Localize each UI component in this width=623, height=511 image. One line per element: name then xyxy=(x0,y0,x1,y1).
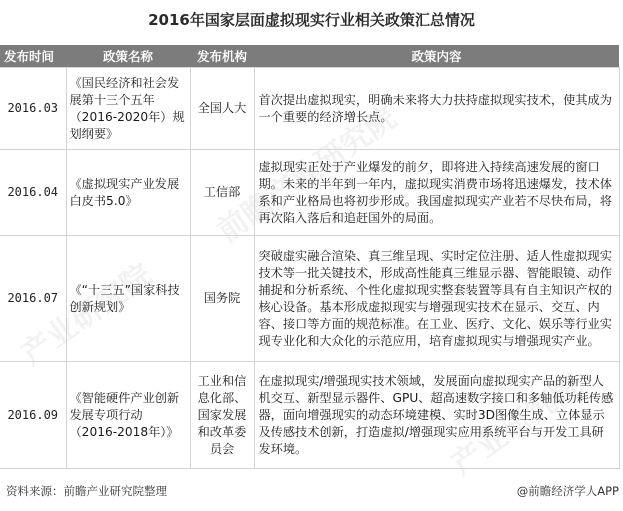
cell-policy-content: 首次提出虚拟现实，明确未来将大力扶持虚拟现实技术，使其成为一个重要的经济增长点。 xyxy=(254,68,619,150)
cell-policy-content: 虚拟现实正处于产业爆发的前夕，即将进入持续高速发展的窗口期。未来的半年到一年内，… xyxy=(254,150,619,236)
column-header-policy-content: 政策内容 xyxy=(254,45,619,68)
table-row: 2016.03 《国民经济和社会发展第十三个五年（2016-2020年）规划纲要… xyxy=(0,68,619,150)
cell-policy-name: 《智能硬件产业创新发展专项行动（2016-2018年）》 xyxy=(66,362,190,469)
cell-date: 2016.04 xyxy=(0,150,66,236)
column-header-issuer: 发布机构 xyxy=(190,45,254,68)
cell-issuer: 工信部 xyxy=(190,150,254,236)
cell-issuer: 国务院 xyxy=(190,236,254,362)
policy-table: 发布时间 政策名称 发布机构 政策内容 2016.03 《国民经济和社会发展第十… xyxy=(0,45,620,469)
source-note: 资料来源：前瞻产业研究院整理 xyxy=(6,483,167,499)
table-header-row: 发布时间 政策名称 发布机构 政策内容 xyxy=(0,45,619,68)
column-header-policy-name: 政策名称 xyxy=(66,45,190,68)
credit-note: @前瞻经济学人APP xyxy=(517,483,619,499)
page-title: 2016年国家层面虚拟现实行业相关政策汇总情况 xyxy=(0,9,623,30)
table-row: 2016.09 《智能硬件产业创新发展专项行动（2016-2018年）》 工业和… xyxy=(0,362,619,469)
column-header-date: 发布时间 xyxy=(0,45,66,68)
table-row: 2016.04 《虚拟现实产业发展白皮书5.0》 工信部 虚拟现实正处于产业爆发… xyxy=(0,150,619,236)
cell-policy-content: 在虚拟现实/增强现实技术领域，发展面向虚拟现实产品的新型人机交互、新型显示器件、… xyxy=(254,362,619,469)
cell-issuer: 全国人大 xyxy=(190,68,254,150)
cell-issuer: 工业和信息化部、国家发展和改革委员会 xyxy=(190,362,254,469)
cell-policy-name: 《“十三五”国家科技创新规划》 xyxy=(66,236,190,362)
cell-policy-name: 《国民经济和社会发展第十三个五年（2016-2020年）规划纲要》 xyxy=(66,68,190,150)
cell-date: 2016.03 xyxy=(0,68,66,150)
cell-policy-name: 《虚拟现实产业发展白皮书5.0》 xyxy=(66,150,190,236)
cell-date: 2016.07 xyxy=(0,236,66,362)
cell-date: 2016.09 xyxy=(0,362,66,469)
table-row: 2016.07 《“十三五”国家科技创新规划》 国务院 突破虚实融合渲染、真三维… xyxy=(0,236,619,362)
cell-policy-content: 突破虚实融合渲染、真三维呈现、实时定位注册、适人性虚拟现实技术等一批关键技术，形… xyxy=(254,236,619,362)
